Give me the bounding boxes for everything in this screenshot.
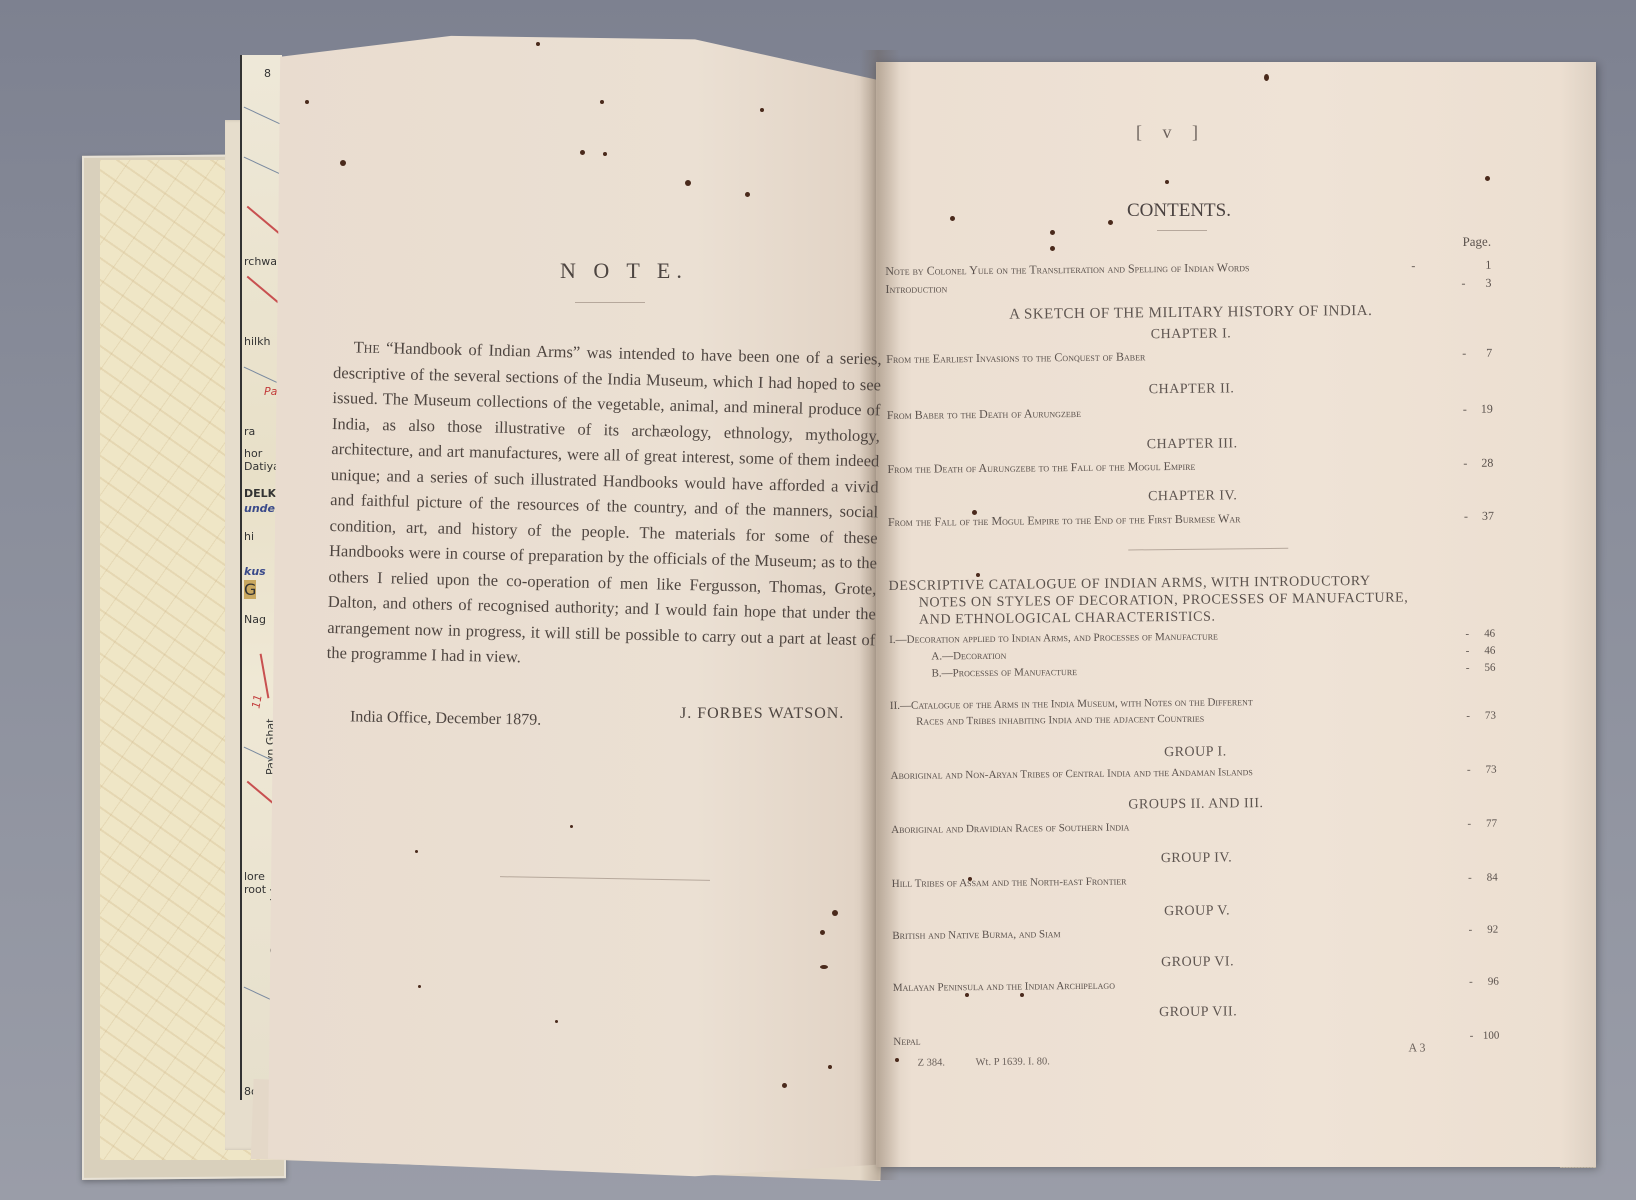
map-label: 8: [264, 67, 271, 80]
roman-page-number: [ v ]: [1136, 122, 1206, 143]
map-label: root: [244, 883, 266, 896]
contents-title: CONTENTS.: [1127, 200, 1231, 222]
map-label: rchwal: [244, 255, 280, 268]
map-label: lore: [244, 870, 265, 883]
contents-rule: [1157, 230, 1207, 231]
note-body-text: “Handbook of Indian Arms” was intended t…: [327, 338, 882, 666]
map-label: hilkh: [244, 335, 270, 348]
map-label: hi: [244, 530, 254, 543]
note-title: N O T E.: [560, 258, 688, 284]
map-label: Nag: [244, 613, 266, 626]
map-label: G: [244, 580, 256, 599]
page-column-header: Page.: [1462, 234, 1491, 250]
place-date: India Office, December 1879.: [350, 708, 541, 729]
note-lead-word: The: [353, 337, 380, 357]
signature: J. FORBES WATSON.: [680, 705, 844, 723]
note-paragraph: The “Handbook of Indian Arms” was intend…: [326, 334, 881, 678]
catalogue-title-line: AND ETHNOLOGICAL CHARACTERISTICS.: [919, 609, 1216, 629]
map-label: kus: [244, 565, 266, 578]
map-label: Datiya: [244, 460, 280, 473]
map-label: 11: [249, 693, 264, 709]
signature-mark: A 3: [1408, 1040, 1425, 1055]
map-label: hor: [244, 447, 262, 460]
title-rule: [575, 302, 645, 303]
print-info: Wt. P 1639. I. 80.: [976, 1056, 1050, 1068]
map-label: ra: [244, 425, 255, 438]
printer-mark: Z 384.: [918, 1057, 946, 1068]
